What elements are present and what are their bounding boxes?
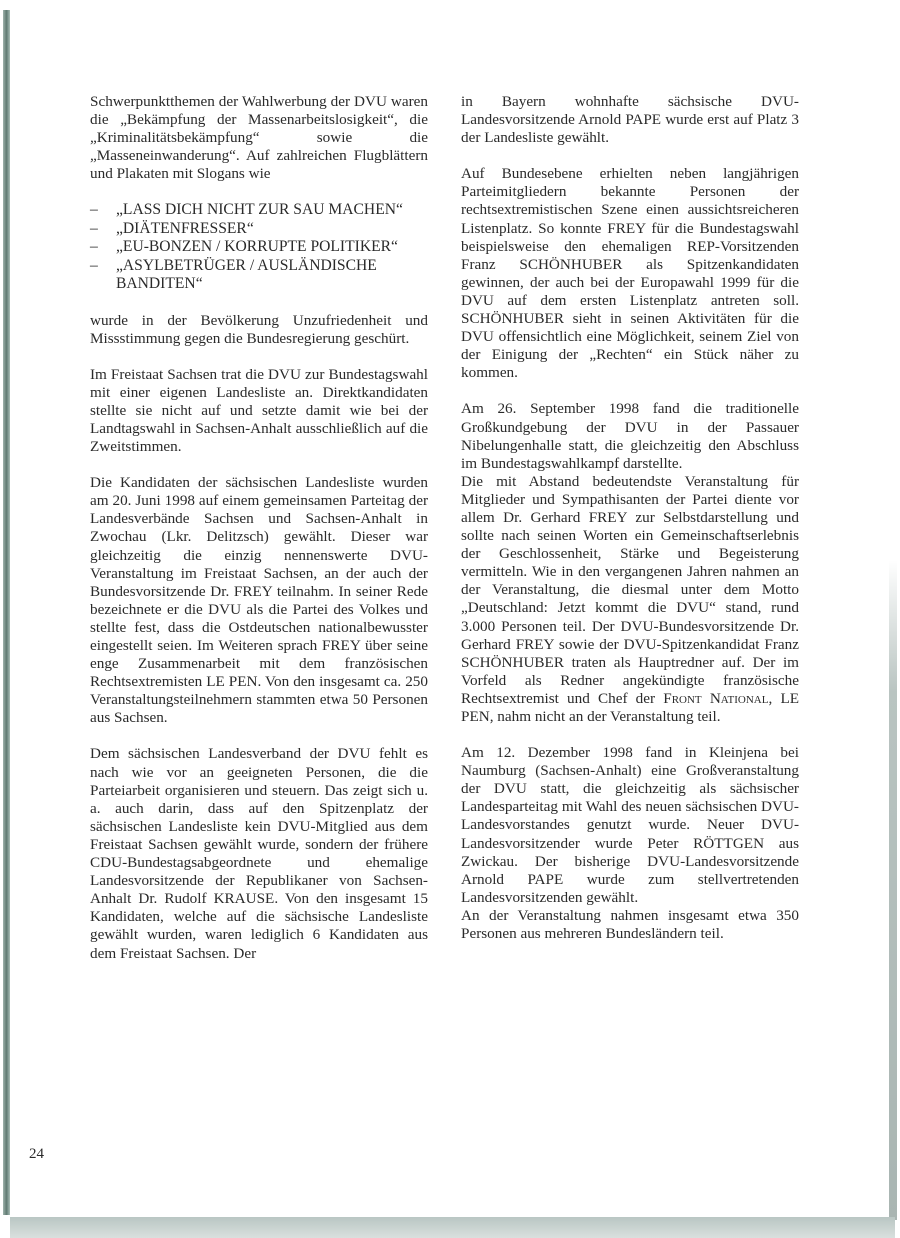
body-paragraph: in Bayern wohnhafte sächsische DVU-Lande…	[461, 93, 799, 147]
scan-edge-bottom	[10, 1217, 895, 1238]
slogan-item: „ASYLBETRÜGER / AUSLÄNDISCHE BANDITEN“	[90, 257, 428, 294]
body-paragraph: Auf Bundesebene erhielten neben langjähr…	[461, 165, 799, 382]
body-paragraph: Dem sächsischen Landesverband der DVU fe…	[90, 745, 428, 962]
intro-paragraph: Schwerpunktthemen der Wahlwerbung der DV…	[90, 93, 428, 183]
body-paragraph: Im Freistaat Sachsen trat die DVU zur Bu…	[90, 366, 428, 456]
left-column: Schwerpunktthemen der Wahlwerbung der DV…	[90, 93, 428, 981]
page-number: 24	[29, 1146, 44, 1163]
right-column: in Bayern wohnhafte sächsische DVU-Lande…	[461, 93, 799, 961]
body-paragraph: An der Veranstaltung nahmen insgesamt et…	[461, 907, 799, 943]
slogan-item: „LASS DICH NICHT ZUR SAU MACHEN“	[90, 201, 428, 219]
organisation-name: Front National	[663, 690, 768, 707]
body-paragraph: Die Kandidaten der sächsischen Landeslis…	[90, 474, 428, 727]
scan-edge-left	[3, 10, 10, 1215]
event-paragraph: Die mit Abstand bedeutendste Veranstaltu…	[461, 473, 799, 726]
event-text-before: Die mit Abstand bedeutendste Veranstaltu…	[461, 473, 799, 707]
body-paragraph: wurde in der Bevölkerung Unzufriedenheit…	[90, 312, 428, 348]
slogan-list: „LASS DICH NICHT ZUR SAU MACHEN“ „DIÄTEN…	[90, 201, 428, 293]
body-paragraph: Am 12. Dezember 1998 fand in Kleinjena b…	[461, 744, 799, 907]
body-paragraph: Am 26. September 1998 fand die tradition…	[461, 400, 799, 472]
slogan-item: „DIÄTENFRESSER“	[90, 220, 428, 238]
scan-edge-right	[889, 560, 897, 1220]
slogan-item: „EU-BONZEN / KORRUPTE POLITIKER“	[90, 238, 428, 256]
